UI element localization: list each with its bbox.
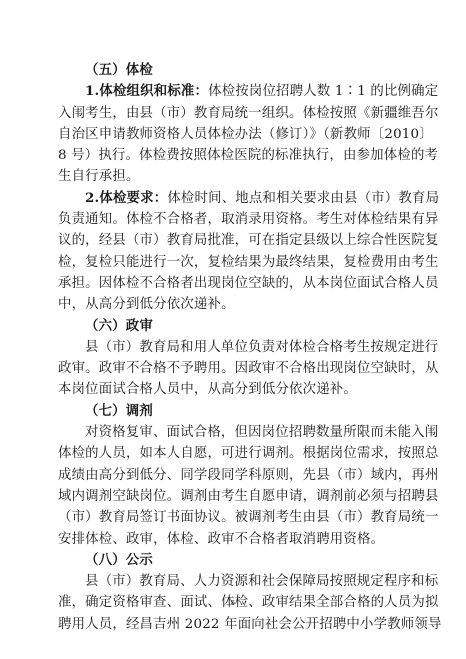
section-heading-physical-exam: （五）体检: [58, 60, 408, 81]
paragraph-line: 政审。政审不合格不予聘用。因政审不合格出现岗位空缺时，从: [58, 358, 408, 379]
section-heading-public-notice: （八）公示: [58, 550, 408, 571]
paragraph-line: 负责通知。体检不合格者，取消录用资格。考生对体检结果有异: [58, 209, 408, 230]
paragraph-text: 体检按岗位招聘人数 1∶1 的比例确定: [208, 84, 438, 99]
paragraph-line: 域内调剂空缺岗位。调剂由考生自愿申请，调剂前必须与招聘县: [58, 486, 408, 507]
paragraph-text: 体检时间、地点和相关要求由县（市）教育局: [167, 191, 439, 206]
paragraph-line: 1.体检组织和标准：体检按岗位招聘人数 1∶1 的比例确定: [58, 81, 408, 102]
paragraph-line: （市）教育局签订书面协议。被调剂考生由县（市）教育局统一: [58, 507, 408, 528]
paragraph-lead: 1.体检组织和标准：: [85, 83, 208, 99]
paragraph-line: 2.体检要求：体检时间、地点和相关要求由县（市）教育局: [58, 188, 408, 209]
paragraph-line: 入闱考生，由县（市）教育局统一组织。体检按照《新疆维吾尔: [58, 103, 408, 124]
paragraph-line: 8 号）执行。体检费按照体检医院的标准执行，由参加体检的考: [58, 145, 408, 166]
paragraph-line: 本岗位面试合格人员中，从高分到低分依次递补。: [58, 379, 408, 400]
paragraph-line: 县（市）教育局、人力资源和社会保障局按照规定程序和标: [58, 571, 408, 592]
paragraph-line: 体检的人员，如本人自愿，可进行调剂。根据岗位需求，按照总: [58, 443, 408, 464]
paragraph-lead: 2.体检要求：: [85, 190, 167, 206]
paragraph-line: 聘用人员，经昌吉州 2022 年面向社会公开招聘中小学教师领导: [58, 614, 408, 635]
paragraph-line: 对资格复审、面试合格，但因岗位招聘数量所限而未能入闱: [58, 422, 408, 443]
document-page: （五）体检 1.体检组织和标准：体检按岗位招聘人数 1∶1 的比例确定 入闱考生…: [58, 60, 408, 635]
paragraph-line: 检，复检只能进行一次，复检结果为最终结果，复检费用由考生: [58, 252, 408, 273]
page-number: 5: [0, 600, 466, 607]
section-heading-adjustment: （七）调剂: [58, 401, 408, 422]
paragraph-line: 县（市）教育局和用人单位负责对体检合格考生按规定进行: [58, 337, 408, 358]
paragraph-line: 安排体检、政审，体检、政审不合格者取消聘用资格。: [58, 529, 408, 550]
paragraph-line: 议的，经县（市）教育局批准，可在指定县级以上综合性医院复: [58, 230, 408, 251]
paragraph-line: 承担。因体检不合格者出现岗位空缺的，从本岗位面试合格人员: [58, 273, 408, 294]
paragraph-line: 生自行承担。: [58, 166, 408, 187]
section-heading-political-review: （六）政审: [58, 316, 408, 337]
paragraph-line: 自治区申请教师资格人员体检办法（修订）》（新教师〔2010〕: [58, 124, 408, 145]
paragraph-line: 中，从高分到低分依次递补。: [58, 294, 408, 315]
paragraph-line: 成绩由高分到低分、同学段同学科原则，先县（市）域内，再州: [58, 465, 408, 486]
